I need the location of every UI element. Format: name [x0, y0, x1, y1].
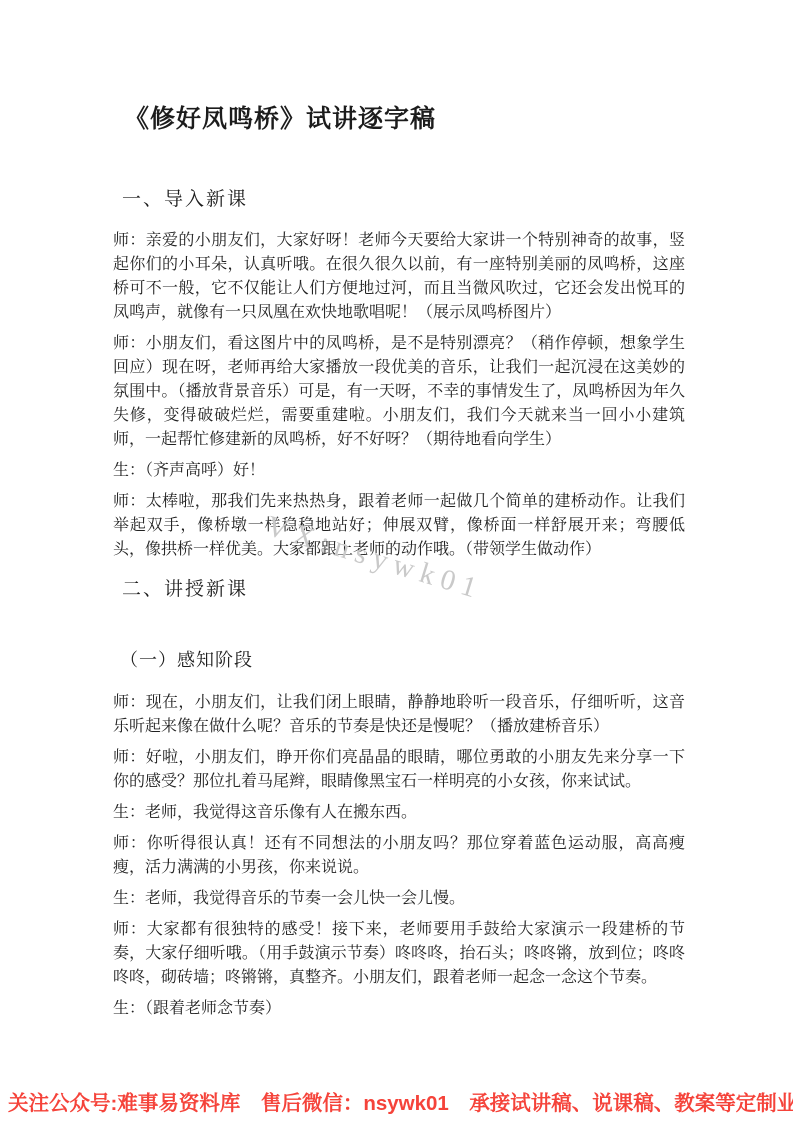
student-paragraph-2: 生：老师，我觉得这音乐像有人在搬东西。	[113, 801, 685, 825]
perception-stage-paragraphs: 师：现在，小朋友们，让我们闭上眼睛，静静地聆听一段音乐，仔细听听，这音乐听起来像…	[113, 691, 685, 1028]
document-title: 《修好凤鸣桥》试讲逐字稿	[124, 99, 436, 135]
subsection-heading-perception-stage: （一）感知阶段	[120, 646, 253, 672]
document-page: 《修好凤鸣桥》试讲逐字稿 一、导入新课 师：亲爱的小朋友们，大家好呀！老师今天要…	[0, 0, 793, 1122]
teacher-paragraph-6: 师：你听得很认真！还有不同想法的小朋友吗？那位穿着蓝色运动服，高高瘦瘦，活力满满…	[113, 832, 685, 880]
teacher-paragraph-5: 师：好啦，小朋友们，睁开你们亮晶晶的眼睛，哪位勇敢的小朋友先来分享一下你的感受？…	[113, 746, 685, 794]
teacher-paragraph-2: 师：小朋友们，看这图片中的凤鸣桥，是不是特别漂亮？（稍作停顿，想象学生回应）现在…	[113, 332, 685, 452]
section-heading-lead-in: 一、导入新课	[122, 184, 248, 211]
student-paragraph-4: 生：（跟着老师念节奏）	[113, 997, 685, 1021]
student-paragraph-3: 生：老师，我觉得音乐的节奏一会儿快一会儿慢。	[113, 887, 685, 911]
section-heading-new-lesson: 二、讲授新课	[122, 574, 248, 601]
promo-footer-banner: 关注公众号:难事易资料库 售后微信：nsywk01 承接试讲稿、说课稿、教案等定…	[8, 1086, 793, 1116]
teacher-paragraph-4: 师：现在，小朋友们，让我们闭上眼睛，静静地聆听一段音乐，仔细听听，这音乐听起来像…	[113, 691, 685, 739]
teacher-paragraph-7: 师：大家都有很独特的感受！接下来，老师要用手鼓给大家演示一段建桥的节奏，大家仔细…	[113, 918, 685, 990]
teacher-paragraph-3: 师：太棒啦，那我们先来热热身，跟着老师一起做几个简单的建桥动作。让我们举起双手，…	[113, 490, 685, 562]
teacher-paragraph-1: 师：亲爱的小朋友们，大家好呀！老师今天要给大家讲一个特别神奇的故事，竖起你们的小…	[113, 229, 685, 325]
student-paragraph-1: 生：（齐声高呼）好！	[113, 459, 685, 483]
lead-in-paragraphs: 师：亲爱的小朋友们，大家好呀！老师今天要给大家讲一个特别神奇的故事，竖起你们的小…	[113, 229, 685, 569]
